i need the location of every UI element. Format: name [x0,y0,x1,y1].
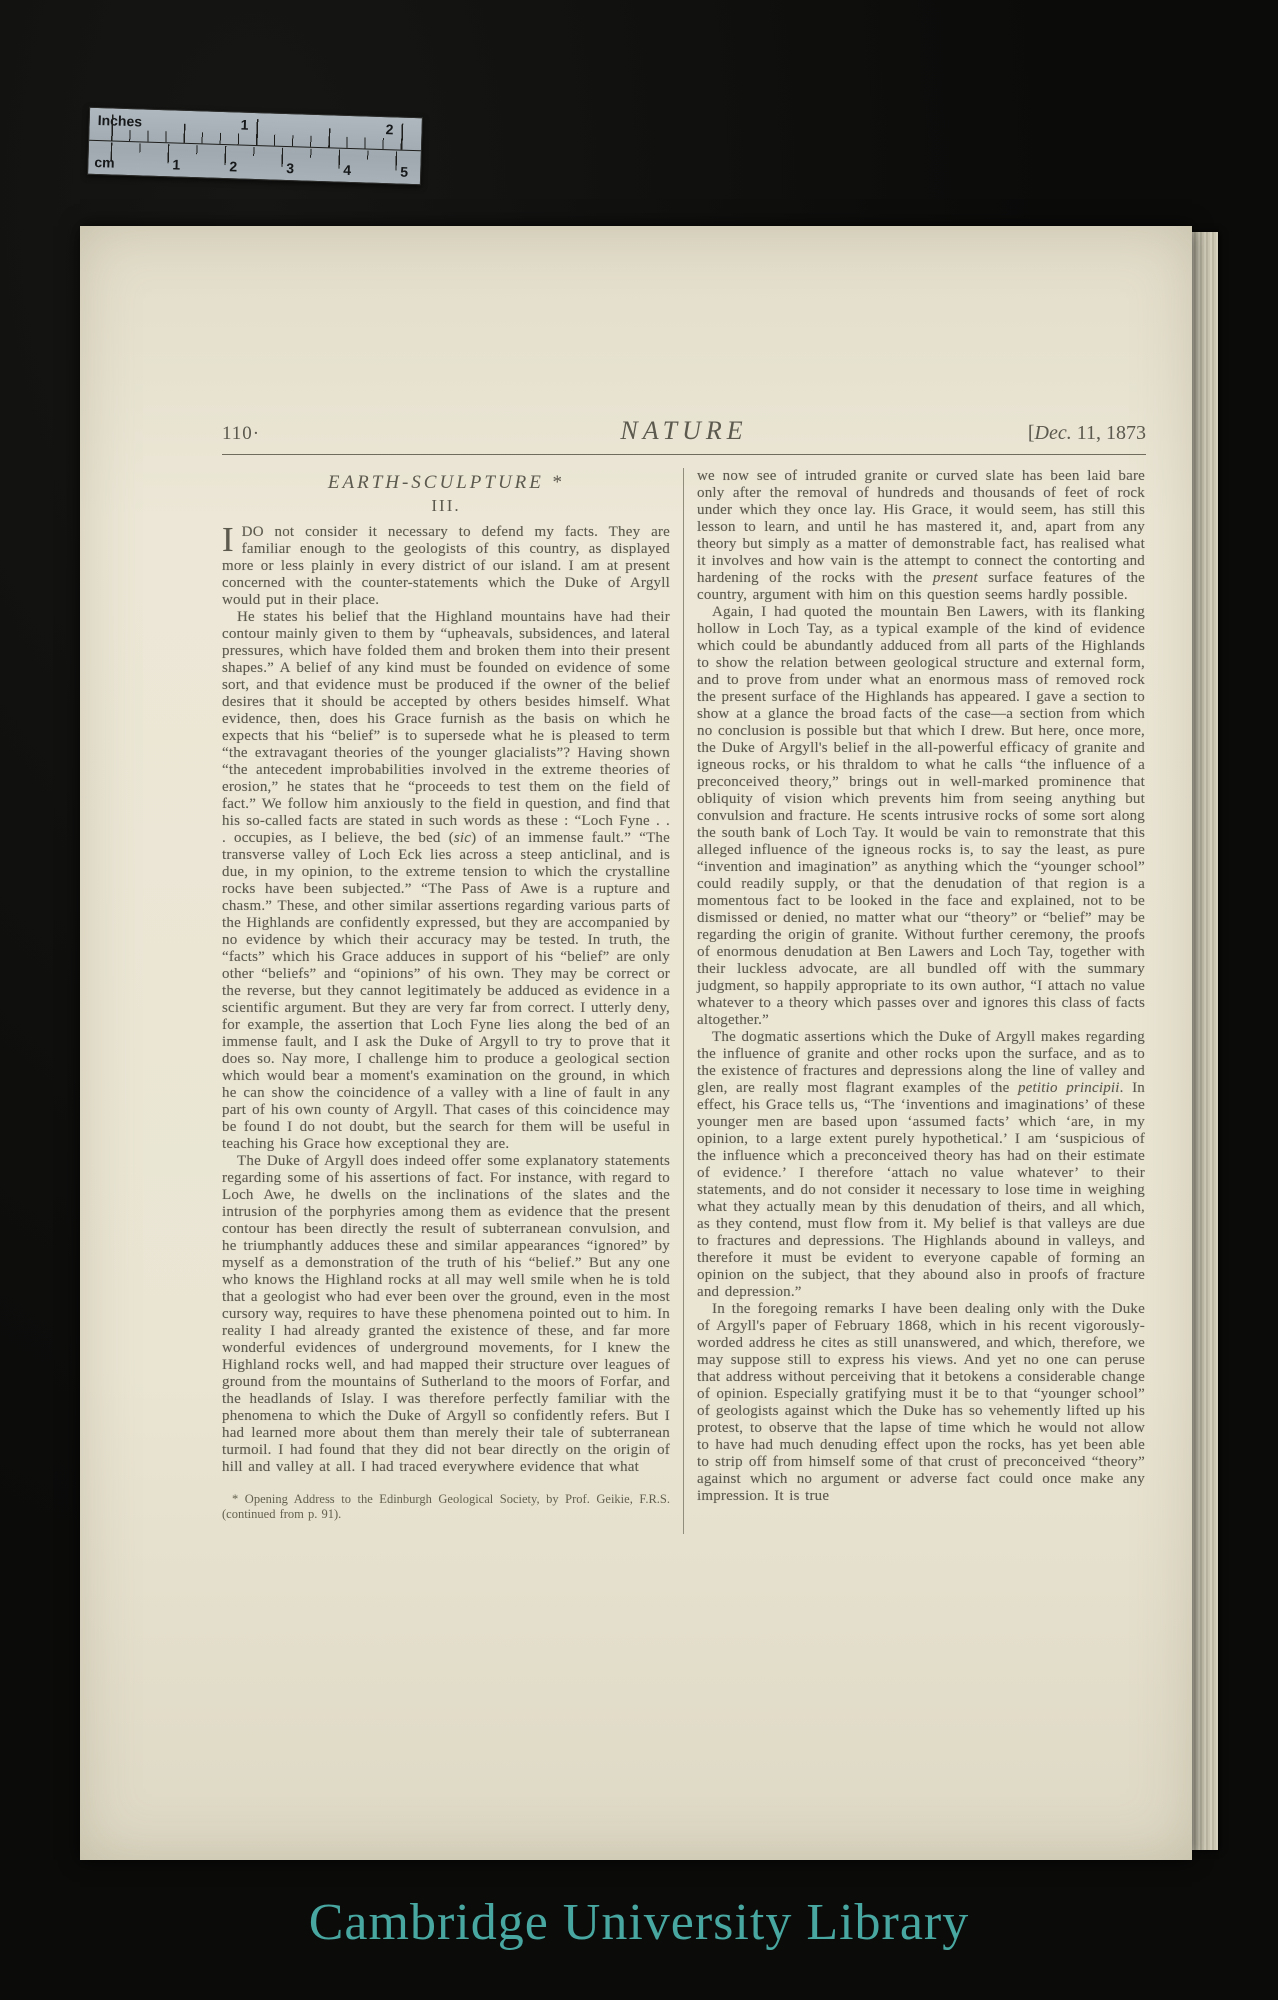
ruler-cm-number: 4 [343,162,351,178]
paragraph: Again, I had quoted the mountain Ben Law… [697,604,1145,1029]
footnote: * Opening Address to the Edinburgh Geolo… [222,1492,670,1521]
page-content: 110· NATURE [Dec. 11, 1873 EARTH-SCULPTU… [222,416,1146,1534]
paragraph: He states his belief that the Highland m… [222,609,670,1153]
running-header: 110· NATURE [Dec. 11, 1873 [222,416,1146,446]
page-number: 110· [222,423,402,445]
article-title: EARTH-SCULPTURE * [222,472,670,494]
journal-title: NATURE [402,416,966,446]
header-rule [222,454,1146,455]
library-caption: Cambridge University Library [0,1893,1278,1952]
paragraph: The dogmatic assertions which the Duke o… [697,1029,1145,1301]
ruler-inch-number: 2 [385,121,393,137]
article-part-number: III. [222,496,670,516]
drop-cap: I [222,524,242,554]
measurement-ruler: Inches 1 2 cm 1 2 3 4 5 [87,107,423,185]
left-column: EARTH-SCULPTURE * III. IDO not consider … [222,468,683,1534]
paragraph: IDO not consider it necessary to defend … [222,524,670,609]
photographed-book-page: { "ruler": { "inches_label": "Inches", "… [0,0,1278,2000]
ruler-cm-number: 3 [286,160,294,176]
paragraph: In the foregoing remarks I have been dea… [697,1301,1145,1505]
ruler-cm-number: 2 [229,158,237,174]
right-column: we now see of intruded granite or curved… [683,468,1145,1534]
journal-page: 110· NATURE [Dec. 11, 1873 EARTH-SCULPTU… [80,226,1192,1860]
book-page-edges [1192,232,1218,1850]
ruler-cm-number: 5 [400,164,408,180]
ruler-cm-number: 1 [172,156,180,172]
paragraph: we now see of intruded granite or curved… [697,468,1145,604]
text-columns: EARTH-SCULPTURE * III. IDO not consider … [222,468,1146,1534]
ruler-inch-number: 1 [240,117,248,133]
paragraph: The Duke of Argyll does indeed offer som… [222,1153,670,1476]
ruler-cm-label: cm [94,154,115,171]
paragraph-text: DO not consider it necessary to defend m… [222,524,670,608]
issue-date: [Dec. 11, 1873 [966,422,1146,445]
